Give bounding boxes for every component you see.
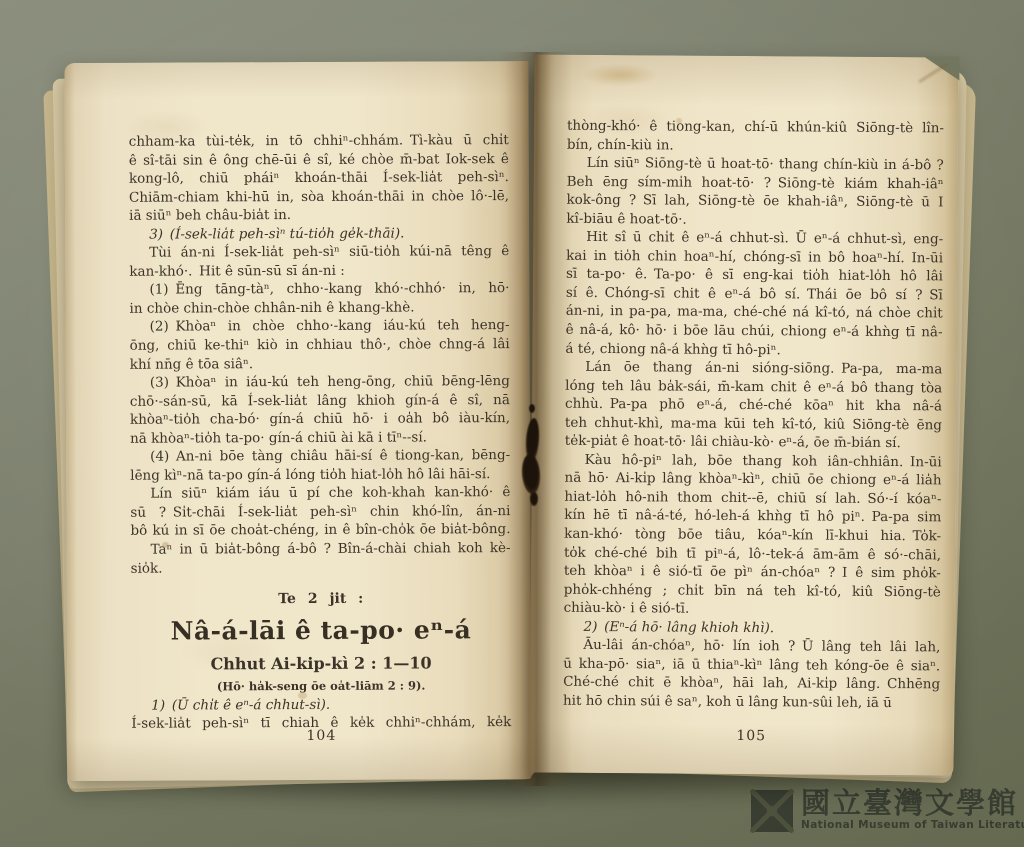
text-line: in chòe chin-chòe chhân-nih ê khang-khè. <box>129 298 509 318</box>
text-line: Chhut Ai-kip-kì 2 : 1—10 <box>131 654 511 674</box>
text-line: sī ta-po· ê. Ta-po· ê sī eng-kai tio̍h h… <box>566 265 943 286</box>
text-line: Taⁿ in ū bia̍t-bông á-bô ? Bîn-á-chài ch… <box>131 539 511 559</box>
text-line: chhù. Pa-pa phō eⁿ-á, ché-ché kōaⁿ hit k… <box>565 395 942 416</box>
text-line: Lín siūⁿ Siōng-tè ū hoat-tō· thang chín-… <box>567 154 944 175</box>
text-line: hit hō chin súi ê saⁿ, koh ū lâng kun-sû… <box>563 692 940 713</box>
left-page-text: chham-ka tùi-te̍k, in tō chhiⁿ-chhám. Tì… <box>129 131 512 734</box>
text-line: Āu-lâi án-chóaⁿ, hō· lín ioh ? Ū lâng te… <box>563 636 940 657</box>
page-number: 104 <box>131 727 511 745</box>
text-line: Tùi án-ni Í-sek-lia̍t peh-sìⁿ siū-tio̍h … <box>129 242 509 262</box>
text-line: Nâ-á-lāi ê ta-po· eⁿ-á <box>131 615 511 646</box>
text-line: Te 2 jit : <box>131 589 511 609</box>
photo-of-open-book: { "photo": { "colors": { "background": "… <box>0 0 1024 847</box>
text-line: kok-ông ? Sī lah, Siōng-tè ōe khah-iâⁿ, … <box>566 191 943 212</box>
right-page-footer: 105 <box>563 718 940 746</box>
ink-stain <box>529 404 535 413</box>
text-line: khí nn̄g ê tōa siâⁿ. <box>130 354 510 374</box>
right-page: thòng-khó· ê tiong-kan, chí-ū khún-kiû S… <box>529 55 958 776</box>
text-line: (4) An-ni bōe tàng chiâu hāi-sí ê tiong-… <box>130 446 510 466</box>
text-line: iā siūⁿ beh châu-bia̍t in. <box>129 205 509 225</box>
text-line: sio̍k. <box>131 558 511 578</box>
text-line: kan-khó·. Hit ê sūn-sū sī án-ni : <box>129 261 509 281</box>
text-line: chham-ka tùi-te̍k, in tō chhiⁿ-chhám. Tì… <box>129 131 509 151</box>
text-line: (2) Khòaⁿ in chòe chho·-kang iáu-kú teh … <box>130 317 510 337</box>
text-line: 1) (Ū chi̍t ê eⁿ-á chhut-sì). <box>131 695 511 715</box>
text-line: khòaⁿ-tio̍h cha-bó· gín-á chiū hō· i oa̍… <box>130 409 510 429</box>
text-line: Hit sî ū chi̍t ê eⁿ-á chhut-sì. Ū eⁿ-á c… <box>566 228 943 249</box>
text-line: lēng kìⁿ-nā ta-po gín-á lóng tio̍h hiat-… <box>130 465 510 485</box>
text-line: chiàu-kò· i ê sió-tī. <box>564 599 941 620</box>
text-line: ê sî-tāi sin ê ông chē-ūi ê sî, ké chòe … <box>129 150 509 170</box>
text-line: te̍k-pia̍t ê hoat-tō· lâi chiàu-kò· eⁿ-á… <box>565 432 942 453</box>
text-line: kong-lô, chiū pháiⁿ khoán-thāi Í-sek-lia… <box>129 168 509 188</box>
text-line: thòng-khó· ê tiong-kan, chí-ū khún-kiû S… <box>567 117 944 138</box>
text-line: 3) (Í-sek-lia̍t peh-sìⁿ tú-tio̍h ge̍k-th… <box>129 224 509 244</box>
text-line: chō·-sán-sū, kā Í-sek-lia̍t lâng khioh g… <box>130 391 510 411</box>
text-line: bô kú in sī ōe choa̍t-chéng, in ê bîn-ch… <box>130 521 510 541</box>
left-page: chham-ka tùi-te̍k, in tō chhiⁿ-chhám. Tì… <box>64 61 531 781</box>
left-page-footer: 104 <box>131 718 511 745</box>
text-line: Chiām-chiam khi-hū in, sòa khoán-thāi in… <box>129 187 509 207</box>
text-line: sū ? Si̍t-chāi Í-sek-lia̍t peh-sìⁿ chin … <box>130 502 510 522</box>
text-line: kan-khó· tòng bōe tiâu, kóaⁿ-kín lī-khui… <box>564 525 941 546</box>
text-line: ê nâ-á, kô· hō· i bōe lāu chúi, chiong e… <box>566 321 943 342</box>
text-line: (3) Khòaⁿ in iáu-kú teh heng-ōng, chiū b… <box>130 372 510 392</box>
text-line: ōng, chiū ke-thiⁿ kiò in chhiau thô·, ch… <box>130 335 510 355</box>
text-line: (Hō· ha̍k-seng ōe oa̍t-liām 2 : 9). <box>131 676 511 696</box>
ink-stain <box>530 492 538 506</box>
text-line: (1) Ēng tāng-tàⁿ, chho·-kang khó·-chhó· … <box>129 279 509 299</box>
text-line: nā khòaⁿ-tio̍h ta-po· gín-á chiū ài kā i… <box>130 428 510 448</box>
text-line: Lín siūⁿ kiám iáu ū pí che koh-khah kan-… <box>130 483 510 503</box>
text-line: teh khòaⁿ i ê sió-tī ōe pìⁿ án-chóaⁿ ? I… <box>564 562 941 583</box>
page-number: 105 <box>563 727 940 746</box>
right-page-text: thòng-khó· ê tiong-kan, chí-ū khún-kiû S… <box>563 117 944 713</box>
text-line: Lán ōe thang án-ni sióng-siōng. Pa-pa, m… <box>565 358 942 379</box>
